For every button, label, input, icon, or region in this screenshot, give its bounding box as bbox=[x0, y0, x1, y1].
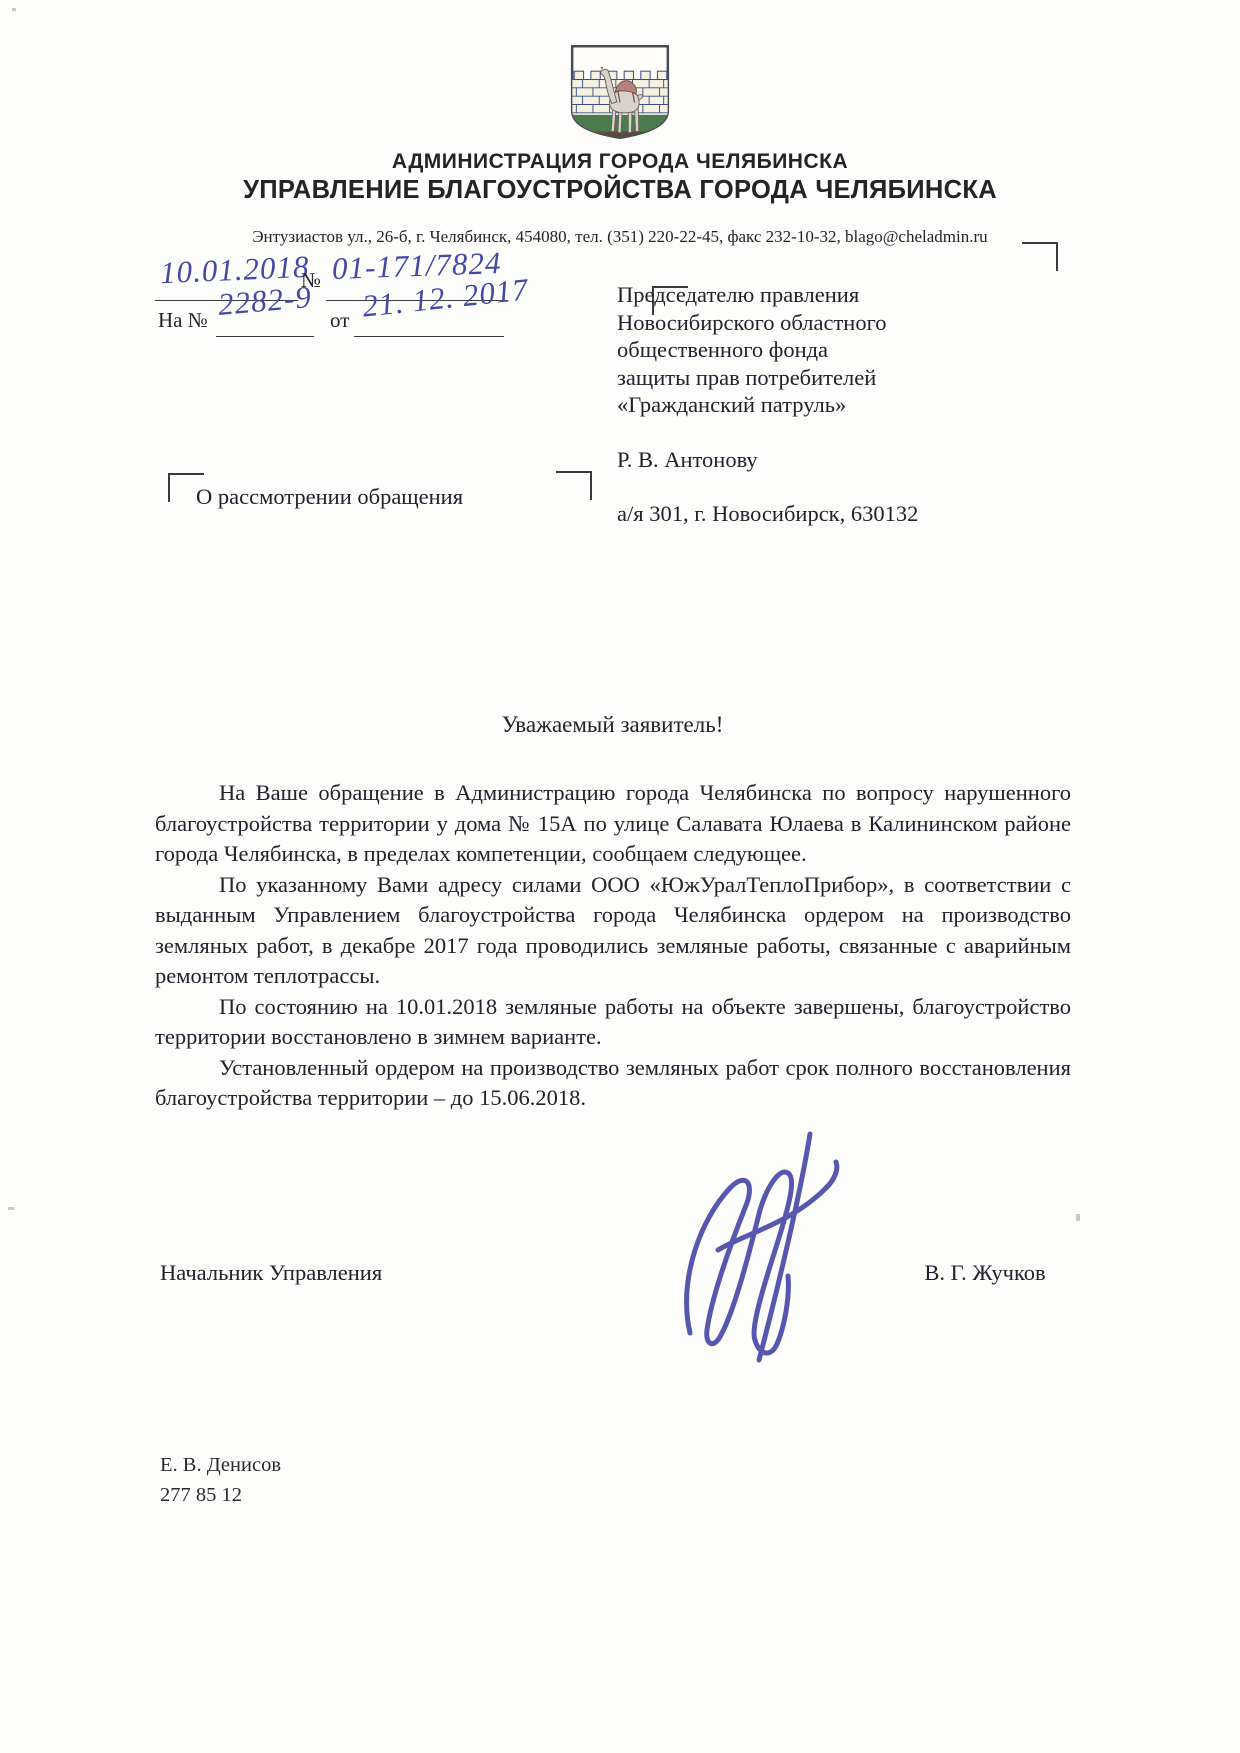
executor-phone: 277 85 12 bbox=[160, 1480, 281, 1510]
recipient-address: а/я 301, г. Новосибирск, 630132 bbox=[617, 500, 1007, 528]
recipient-line: «Гражданский патруль» bbox=[617, 391, 1007, 419]
body-paragraph: На Ваше обращение в Администрацию города… bbox=[155, 778, 1071, 870]
body-paragraph: По состоянию на 10.01.2018 земляные рабо… bbox=[155, 992, 1071, 1053]
recipient-block: Председателю правления Новосибирского об… bbox=[617, 281, 1007, 528]
org-name-line1: АДМИНИСТРАЦИЯ ГОРОДА ЧЕЛЯБИНСКА bbox=[0, 150, 1240, 174]
recipient-line: общественного фонда bbox=[617, 336, 1007, 364]
incoming-date-underline bbox=[354, 336, 504, 337]
signer-name: В. Г. Жучков bbox=[905, 1260, 1065, 1286]
org-name-line2: УПРАВЛЕНИЕ БЛАГОУСТРОЙСТВА ГОРОДА ЧЕЛЯБИ… bbox=[0, 176, 1240, 205]
incoming-number-underline bbox=[216, 336, 314, 337]
incoming-number-label: На № bbox=[158, 308, 208, 333]
executor-block: Е. В. Денисов 277 85 12 bbox=[160, 1450, 281, 1510]
executor-name: Е. В. Денисов bbox=[160, 1450, 281, 1480]
salutation: Уважаемый заявитель! bbox=[155, 712, 1070, 738]
recipient-line: Новосибирского областного bbox=[617, 309, 1007, 337]
scan-artifact bbox=[8, 1207, 14, 1210]
scan-artifact bbox=[1076, 1214, 1080, 1221]
recipient-corner-mark-right bbox=[1022, 242, 1058, 271]
coat-of-arms-icon bbox=[568, 42, 672, 147]
scan-artifact bbox=[12, 8, 16, 11]
recipient-name: Р. В. Антонову bbox=[617, 446, 1007, 474]
body-paragraph: По указанному Вами адресу силами ООО «Юж… bbox=[155, 870, 1071, 992]
signer-position-title: Начальник Управления bbox=[160, 1260, 382, 1286]
scanned-letter-page: АДМИНИСТРАЦИЯ ГОРОДА ЧЕЛЯБИНСКА УПРАВЛЕН… bbox=[0, 0, 1240, 1753]
letter-subject: О рассмотрении обращения bbox=[196, 484, 463, 510]
handwritten-signature-icon bbox=[658, 1128, 868, 1371]
body-paragraph: Установленный ордером на производство зе… bbox=[155, 1053, 1071, 1114]
recipient-line: защиты прав потребителей bbox=[617, 364, 1007, 392]
from-label: от bbox=[330, 308, 349, 333]
subject-corner-mark-right bbox=[556, 471, 592, 500]
incoming-number-handwritten: 2282-9 bbox=[217, 279, 314, 323]
recipient-line: Председателю правления bbox=[617, 281, 1007, 309]
letter-body: На Ваше обращение в Администрацию города… bbox=[155, 778, 1071, 1114]
